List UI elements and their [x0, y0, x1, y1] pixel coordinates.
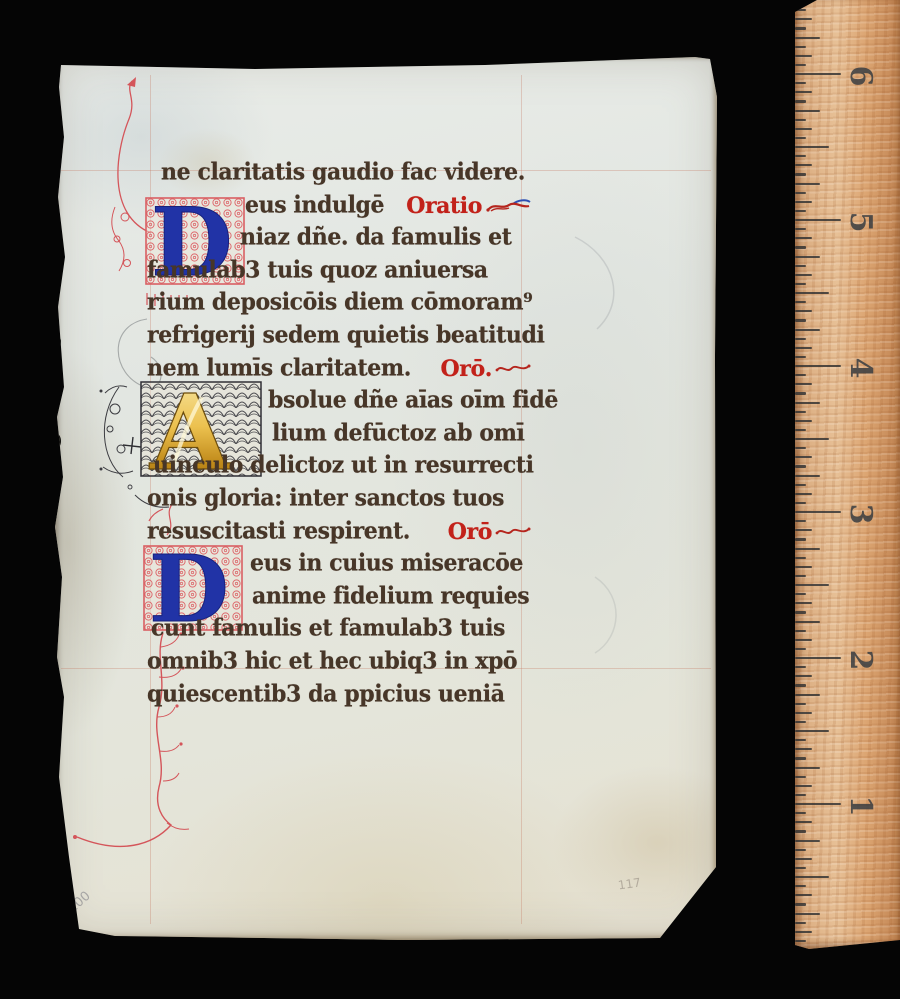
- ruler-tick: [795, 329, 820, 331]
- manuscript-text-line: onis gloria: inter sanctos tuos: [147, 483, 531, 516]
- ruler-tick: [795, 493, 812, 495]
- ruler-tick: [795, 894, 812, 896]
- rubric-label: Oratio: [406, 190, 482, 223]
- manuscript-leaf: D A: [55, 57, 717, 940]
- manuscript-text-block: ne claritatis gaudio fac videre.eus indu…: [147, 157, 531, 711]
- sewing-notch: [52, 117, 60, 139]
- line-text: famulab3 tuis quoz aniuersa: [147, 253, 488, 288]
- manuscript-text-line: niaz dñe. da famulis et: [147, 222, 531, 255]
- line-text: niaz dñe. da famulis et: [240, 220, 511, 255]
- ruler-tick: [795, 621, 820, 623]
- ruler-tick: [795, 55, 812, 57]
- ruler-tick: [795, 256, 820, 258]
- ruler-tick: [795, 164, 812, 166]
- ruler-inch-number: 3: [843, 496, 879, 532]
- ruler-tick: [795, 931, 812, 933]
- ruler-tick: [795, 812, 806, 814]
- ruler-tick: [795, 867, 806, 869]
- ruler-tick: [795, 128, 812, 130]
- ruler-tick: [795, 611, 806, 613]
- ruler-tick: [795, 575, 806, 577]
- ruler-tick: [795, 684, 806, 686]
- ruler-tick: [795, 566, 812, 568]
- ruler-tick: [795, 27, 806, 29]
- ruler-tick: [795, 173, 806, 175]
- ruler-tick: [795, 830, 806, 832]
- rubric-group: Orō: [448, 516, 531, 549]
- ruler-tick: [795, 666, 806, 668]
- ruler-tick: [795, 538, 806, 540]
- ruler-tick: [795, 885, 806, 887]
- manuscript-text-line: eus indulgēOratio: [147, 190, 531, 223]
- ruler-tick: [795, 703, 806, 705]
- sewing-notch: [50, 433, 61, 449]
- ruler-tick: [795, 338, 806, 340]
- manuscript-text-line: resuscitasti respirent.Orō: [147, 516, 531, 549]
- manuscript-text-line: quiescentib3 da ppicius ueniā: [147, 679, 531, 712]
- ruler-tick: [795, 374, 806, 376]
- manuscript-text-line: omnib3 hic et hec ubiq3 in xpō: [147, 646, 531, 679]
- ruler-tick: [795, 246, 806, 248]
- ruler-tick: [795, 283, 806, 285]
- ruler-tick: [795, 776, 806, 778]
- ruler-tick: [795, 274, 812, 276]
- rubric-label: Orō: [448, 516, 492, 549]
- ruler-tick: [795, 82, 806, 84]
- rubric-label: Orō.: [441, 353, 493, 386]
- ruler-tick: [795, 356, 806, 358]
- manuscript-text-line: uinculo delictoz ut in resurrecti: [147, 450, 531, 483]
- ruler-tick: [795, 694, 820, 696]
- line-text: bsolue dñe aīas oīm fidē: [268, 383, 558, 418]
- rubric-line-filler-icon: [495, 525, 531, 539]
- manuscript-text-line: refrigerij sedem quietis beatitudi: [147, 320, 531, 353]
- pencil-folio-note: 117: [617, 875, 642, 892]
- ruler-tick: [795, 219, 841, 221]
- ruler-tick: [795, 383, 812, 385]
- ruler-tick: [795, 675, 812, 677]
- ruler-tick: [795, 630, 806, 632]
- ruler-tick: [795, 110, 820, 112]
- ruler-tick: [795, 785, 812, 787]
- ruler-tick: [795, 858, 812, 860]
- ruler-tick: [795, 803, 841, 805]
- rubric-group: Orō.: [441, 353, 532, 386]
- manuscript-text-line: anime fidelium requies: [147, 581, 531, 614]
- line-text: refrigerij sedem quietis beatitudi: [147, 318, 544, 353]
- ruler-tick: [795, 319, 806, 321]
- ruler-tick: [795, 183, 820, 185]
- ruler-tick: [795, 721, 806, 723]
- line-text: cunt famulis et famulab3 tuis: [151, 611, 505, 646]
- line-text: omnib3 hic et hec ubiq3 in xpō: [147, 644, 517, 679]
- ruler-inch-number: 6: [843, 58, 879, 94]
- line-text: lium defūctoz ab omī: [272, 416, 524, 451]
- ruler-inch-number: 4: [843, 350, 879, 386]
- ruler-inch-number: 1: [843, 788, 879, 824]
- line-text: eus in cuius miseracōe: [250, 546, 523, 581]
- ruler-tick: [795, 557, 806, 559]
- manuscript-text-line: bsolue dñe aīas oīm fidē: [147, 385, 531, 418]
- manuscript-text-line: lium defūctoz ab omī: [147, 418, 531, 451]
- ruler-tick: [795, 520, 806, 522]
- ruler-tick: [795, 18, 812, 20]
- ruler-tick: [795, 192, 806, 194]
- line-text: onis gloria: inter sanctos tuos: [147, 481, 504, 516]
- pencil-folio-note: 100: [65, 889, 93, 917]
- line-text: eus indulgē: [245, 188, 384, 223]
- ruler-tick: [795, 301, 806, 303]
- ruler-tick: [795, 37, 820, 39]
- ruler-tick: [795, 310, 812, 312]
- manuscript-text-line: eus in cuius miseracōe: [147, 548, 531, 581]
- ruler-tick: [795, 402, 820, 404]
- ruler-tick: [795, 411, 806, 413]
- ruler-tick: [795, 438, 829, 440]
- line-text: ne claritatis gaudio fac videre.: [161, 155, 525, 190]
- manuscript-text-line: nem lumīs claritatem.Orō.: [147, 353, 531, 386]
- rubric-group: Oratio: [406, 190, 531, 223]
- ruler-tick: [795, 119, 806, 121]
- ruler-tick: [795, 146, 829, 148]
- ruler-tick: [795, 73, 841, 75]
- ruler-tick: [795, 420, 812, 422]
- ruler-tick: [795, 347, 812, 349]
- sewing-notch: [51, 603, 60, 616]
- ruler-tick: [795, 922, 806, 924]
- ruler-tick: [795, 639, 812, 641]
- wooden-inch-ruler: 123456: [795, 0, 900, 950]
- ruler-inch-number: 5: [843, 204, 879, 240]
- ruler-tick: [795, 712, 812, 714]
- ruler-tick: [795, 292, 829, 294]
- ruler-tick: [795, 739, 806, 741]
- ruler-tick: [795, 511, 841, 513]
- ruler-tick: [795, 91, 812, 93]
- ruler-tick: [795, 484, 806, 486]
- ruler-tick: [795, 365, 841, 367]
- ruler-tick: [795, 757, 806, 759]
- line-text: nem lumīs claritatem.: [147, 351, 411, 386]
- ruler-tick: [795, 9, 806, 11]
- ruler-tick: [795, 447, 806, 449]
- ruler-tick: [795, 46, 806, 48]
- rubric-line-filler-icon: [495, 362, 531, 376]
- line-text: resuscitasti respirent.: [147, 514, 410, 549]
- ruler-inch-number: 2: [843, 642, 879, 678]
- ruler-tick: [795, 730, 829, 732]
- ruler-tick: [795, 64, 806, 66]
- ruler-tick: [795, 137, 806, 139]
- ruler-tick: [795, 210, 806, 212]
- ruler-tick: [795, 794, 806, 796]
- ruler-tick: [795, 237, 812, 239]
- ruler-tick: [795, 648, 806, 650]
- manuscript-text-line: cunt famulis et famulab3 tuis: [147, 613, 531, 646]
- ruler-tick: [795, 840, 820, 842]
- ruler-tick: [795, 903, 806, 905]
- ruler-tick: [795, 593, 806, 595]
- rubric-line-filler-icon: [485, 198, 531, 214]
- line-text: uinculo delictoz ut in resurrecti: [153, 448, 534, 483]
- ruler-tick: [795, 155, 806, 157]
- line-text: quiescentib3 da ppicius ueniā: [147, 677, 505, 712]
- manuscript-text-line: famulab3 tuis quoz aniuersa: [147, 255, 531, 288]
- line-text: anime fidelium requies: [252, 579, 529, 614]
- ruler-tick: [795, 584, 829, 586]
- line-text: rium deposicōis diem cōmoram⁹: [147, 285, 532, 320]
- sewing-notch: [51, 335, 61, 349]
- ruler-tick: [795, 548, 820, 550]
- ruler-tick: [795, 821, 812, 823]
- ruler-tick: [795, 456, 812, 458]
- ruler-tick: [795, 465, 806, 467]
- ruler-tick: [795, 201, 812, 203]
- manuscript-text-line: rium deposicōis diem cōmoram⁹: [147, 287, 531, 320]
- ruler-tick: [795, 475, 820, 477]
- ruler-tick: [795, 876, 829, 878]
- ruler-tick: [795, 602, 812, 604]
- ruler-tick: [795, 913, 820, 915]
- ruler-tick: [795, 429, 806, 431]
- ruler-tick: [795, 748, 812, 750]
- ruler-tick: [795, 392, 806, 394]
- ruler-tick: [795, 265, 806, 267]
- ruler-tick: [795, 767, 820, 769]
- ruler-tick: [795, 940, 806, 942]
- ruler-tick: [795, 502, 806, 504]
- ruler-tick: [795, 657, 841, 659]
- ruler-tick: [795, 100, 806, 102]
- manuscript-text-line: ne claritatis gaudio fac videre.: [147, 157, 531, 190]
- ruler-tick: [795, 228, 806, 230]
- ruler-tick: [795, 849, 806, 851]
- ruler-tick: [795, 529, 812, 531]
